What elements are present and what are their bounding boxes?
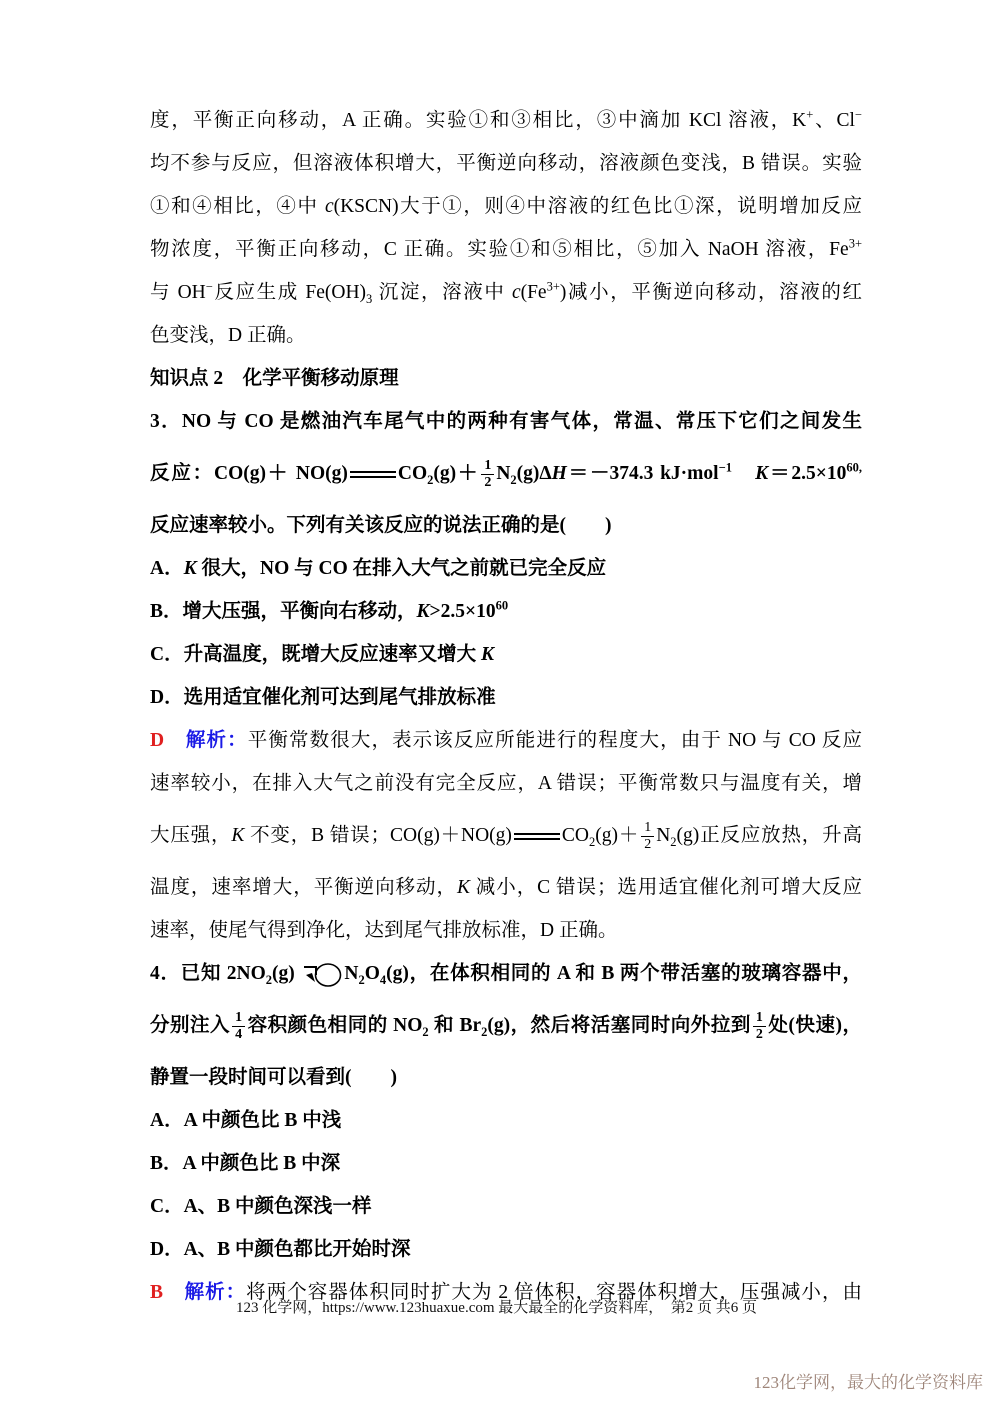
text-line: 3．NO 与 CO 是燃油汽车尾气中的两种有害气体，常温、常压下它们之间发生 bbox=[150, 400, 862, 443]
text-line: 4．已知 2NO2(g) N2O4(g)，在体积相同的 A 和 B 两个带活塞的… bbox=[150, 952, 862, 995]
text-line: D．A、B 中颜色都比开始时深 bbox=[150, 1228, 862, 1271]
subscript: 2 bbox=[266, 973, 272, 987]
text-line: 与 OH−反应生成 Fe(OH)3 沉淀，溶液中 c(Fe3+)减小，平衡逆向移… bbox=[150, 271, 862, 314]
fraction: 12 bbox=[753, 1010, 766, 1043]
question-4-stem: 4．已知 2NO2(g) N2O4(g)，在体积相同的 A 和 B 两个带活塞的… bbox=[150, 952, 862, 1099]
text-line: 知识点 2 化学平衡移动原理 bbox=[150, 357, 862, 400]
text-line: ①和④相比，④中 c(KSCN)大于①，则④中溶液的红色比①深，说明增加反应 bbox=[150, 185, 862, 228]
text-line: 度，平衡正向移动，A 正确。实验①和③相比，③中滴加 KCl 溶液，K+、Cl− bbox=[150, 99, 862, 142]
subscript: 2 bbox=[359, 973, 365, 987]
text-line: 色变浅，D 正确。 bbox=[150, 314, 862, 357]
variable: K bbox=[457, 877, 470, 898]
variable: K bbox=[231, 825, 244, 846]
superscript: 3+ bbox=[849, 237, 862, 251]
question-3-stem: 3．NO 与 CO 是燃油汽车尾气中的两种有害气体，常温、常压下它们之间发生反应… bbox=[150, 400, 862, 547]
variable: K bbox=[417, 601, 430, 622]
text-line: 静置一段时间可以看到( ) bbox=[150, 1056, 862, 1099]
superscript: − bbox=[206, 280, 213, 294]
subscript: 2 bbox=[510, 473, 516, 487]
variable: H bbox=[552, 463, 567, 484]
analysis-2-continuation: 度，平衡正向移动，A 正确。实验①和③相比，③中滴加 KCl 溶液，K+、Cl−… bbox=[150, 99, 862, 357]
answer-letter: D bbox=[150, 730, 164, 751]
question-4-options: A．A 中颜色比 B 中浅B．A 中颜色比 B 中深C．A、B 中颜色深浅一样D… bbox=[150, 1099, 862, 1271]
text-line: C．升高温度，既增大反应速率又增大 K bbox=[150, 633, 862, 676]
subscript: 2 bbox=[481, 1025, 487, 1039]
fraction: 14 bbox=[232, 1010, 245, 1043]
text-line: 分别注入14容积颜色相同的 NO2 和 Br2(g)，然后将活塞同时向外拉到12… bbox=[150, 995, 862, 1056]
subscript: 3 bbox=[366, 292, 372, 306]
watermark: 123化学网，最大的化学资料库 bbox=[754, 1368, 984, 1393]
variable: K bbox=[481, 644, 494, 665]
variable: K bbox=[755, 463, 768, 484]
text-line: 物浓度，平衡正向移动，C 正确。实验①和⑤相比，⑤加入 NaOH 溶液，Fe3+ bbox=[150, 228, 862, 271]
text-line: 速率较小，在排入大气之前没有完全反应，A 错误；平衡常数只与温度有关，增 bbox=[150, 762, 862, 805]
superscript: −1 bbox=[719, 461, 732, 475]
worksheet-page: 度，平衡正向移动，A 正确。实验①和③相比，③中滴加 KCl 溶液，K+、Cl−… bbox=[0, 0, 993, 1404]
text-line: 大压强，K 不变，B 错误；CO(g)＋NO(g)CO2(g)＋12N2(g)正… bbox=[150, 805, 862, 866]
fraction: 12 bbox=[481, 458, 494, 491]
subscript: 2 bbox=[422, 1025, 428, 1039]
text-line: 反应速率较小。下列有关该反应的说法正确的是( ) bbox=[150, 504, 862, 547]
question-3-options: A．K 很大，NO 与 CO 在排入大气之前就已完全反应B．增大压强，平衡向右移… bbox=[150, 547, 862, 719]
variable: c bbox=[512, 282, 521, 303]
superscript: 60, bbox=[846, 461, 862, 475]
text-line: 反应：CO(g)＋ NO(g)CO2(g)＋12N2(g)ΔH＝－374.3 k… bbox=[150, 443, 862, 504]
text-line: D．选用适宜催化剂可达到尾气排放标准 bbox=[150, 676, 862, 719]
analysis-label: 解析： bbox=[186, 730, 248, 751]
page-footer: 123 化学网，https://www.123huaxue.com 最大最全的化… bbox=[0, 1296, 993, 1317]
text-line: C．A、B 中颜色深浅一样 bbox=[150, 1185, 862, 1228]
text-line: 均不参与反应，但溶液体积增大，平衡逆向移动，溶液颜色变浅，B 错误。实验 bbox=[150, 142, 862, 185]
question-3-answer-analysis: D 解析：平衡常数很大，表示该反应所能进行的程度大，由于 NO 与 CO 反应速… bbox=[150, 719, 862, 952]
subscript: 2 bbox=[670, 835, 676, 849]
text-line: A．K 很大，NO 与 CO 在排入大气之前就已完全反应 bbox=[150, 547, 862, 590]
equilibrium-sign-icon bbox=[514, 833, 560, 840]
variable: c bbox=[325, 196, 334, 217]
superscript: + bbox=[806, 108, 813, 122]
text-line: B．A 中颜色比 B 中深 bbox=[150, 1142, 862, 1185]
superscript: 3+ bbox=[547, 280, 560, 294]
document-body: 度，平衡正向移动，A 正确。实验①和③相比，③中滴加 KCl 溶液，K+、Cl−… bbox=[150, 99, 862, 1314]
superscript: 60 bbox=[496, 599, 509, 613]
text-line: 温度，速率增大，平衡逆向移动，K 减小，C 错误；选用适宜催化剂可增大反应 bbox=[150, 866, 862, 909]
subscript: 2 bbox=[427, 473, 433, 487]
equilibrium-sign-icon bbox=[350, 471, 396, 478]
text-line: B．增大压强，平衡向右移动，K>2.5×1060 bbox=[150, 590, 862, 633]
variable: K bbox=[184, 558, 197, 579]
superscript: − bbox=[855, 108, 862, 122]
text-line: A．A 中颜色比 B 中浅 bbox=[150, 1099, 862, 1142]
text-line: D 解析：平衡常数很大，表示该反应所能进行的程度大，由于 NO 与 CO 反应 bbox=[150, 719, 862, 762]
fraction: 12 bbox=[641, 820, 654, 853]
subscript: 2 bbox=[589, 835, 595, 849]
text-line: 速率，使尾气得到净化，达到尾气排放标准，D 正确。 bbox=[150, 909, 862, 952]
knowledge-point-heading: 知识点 2 化学平衡移动原理 bbox=[150, 357, 862, 400]
equilibrium-arrow-icon bbox=[302, 962, 342, 988]
subscript: 4 bbox=[380, 973, 386, 987]
